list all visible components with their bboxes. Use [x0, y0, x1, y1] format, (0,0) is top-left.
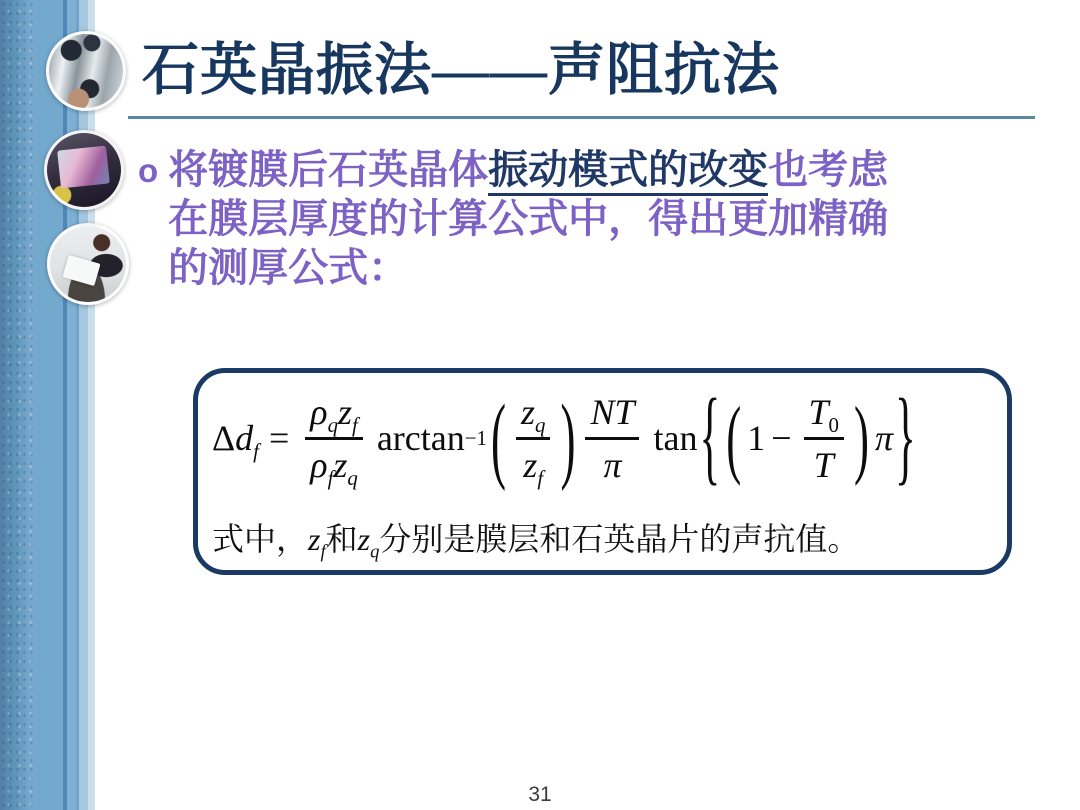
woman-reading-photo [47, 223, 129, 305]
right-brace: } [895, 378, 916, 498]
lhs-delta-df: Δdf [212, 417, 259, 459]
presentation-slide: 石英晶振法——声阻抗法 o 将镀膜后石英晶体振动模式的改变也考虑 在膜层厚度的计… [0, 0, 1080, 810]
sidebar-stripe [79, 0, 88, 810]
right-paren: ) [560, 382, 575, 494]
equals-sign: = [269, 417, 289, 459]
title-underline-rule [128, 116, 1035, 119]
bullet-line-3: 的测厚公式： [168, 244, 888, 293]
formula-note: 式中，zf和zq分别是膜层和石英晶片的声抗值。 [212, 514, 997, 560]
rho-z-fraction: ρqzf ρfzq [305, 391, 363, 486]
left-brace: { [699, 378, 720, 498]
T-ratio-fraction: T0 T [804, 391, 844, 486]
formula-box: Δdf = ρqzf ρfzq arctan−1 ( zq zf ) NT π … [193, 368, 1012, 575]
slide-title: 石英晶振法——声阻抗法 [142, 24, 1042, 106]
inner-left-paren: ( [726, 387, 741, 488]
sidebar-stripe [37, 0, 63, 810]
metal-rollers-instrument-photo [46, 31, 126, 111]
sidebar-stripe [88, 0, 95, 810]
book-detail [63, 255, 101, 286]
page-number: 31 [0, 783, 1080, 807]
film-thickness-formula: Δdf = ρqzf ρfzq arctan−1 ( zq zf ) NT π … [212, 379, 997, 497]
pi-symbol: π [875, 417, 893, 459]
arctan-function: arctan [377, 417, 465, 459]
bullet-line-2: 在膜层厚度的计算公式中，得出更加精确 [168, 195, 888, 244]
minus-sign: − [771, 417, 791, 459]
display-screen-detail [57, 145, 110, 188]
bullet-marker: o [138, 146, 158, 293]
z-ratio-fraction: zq zf [516, 391, 550, 486]
delta-symbol: Δ [212, 418, 235, 458]
sidebar-stripe-textured [0, 0, 37, 810]
bullet-text: 将镀膜后石英晶体振动模式的改变也考虑 在膜层厚度的计算公式中，得出更加精确 的测… [168, 146, 888, 293]
NT-pi-fraction: NT π [585, 391, 639, 486]
bullet-line-1: 将镀膜后石英晶体振动模式的改变也考虑 [168, 146, 888, 195]
left-paren: ( [491, 382, 506, 494]
bullet-paragraph: o 将镀膜后石英晶体振动模式的改变也考虑 在膜层厚度的计算公式中，得出更加精确 … [138, 146, 998, 293]
sidebar-stripes [0, 0, 95, 810]
tan-function: tan [653, 417, 697, 459]
sidebar-stripe [67, 0, 76, 810]
inner-right-paren: ) [854, 387, 869, 488]
flexible-display-photo [44, 130, 124, 210]
number-one: 1 [747, 417, 765, 459]
underlined-phrase: 振动模式的改变 [488, 148, 768, 196]
